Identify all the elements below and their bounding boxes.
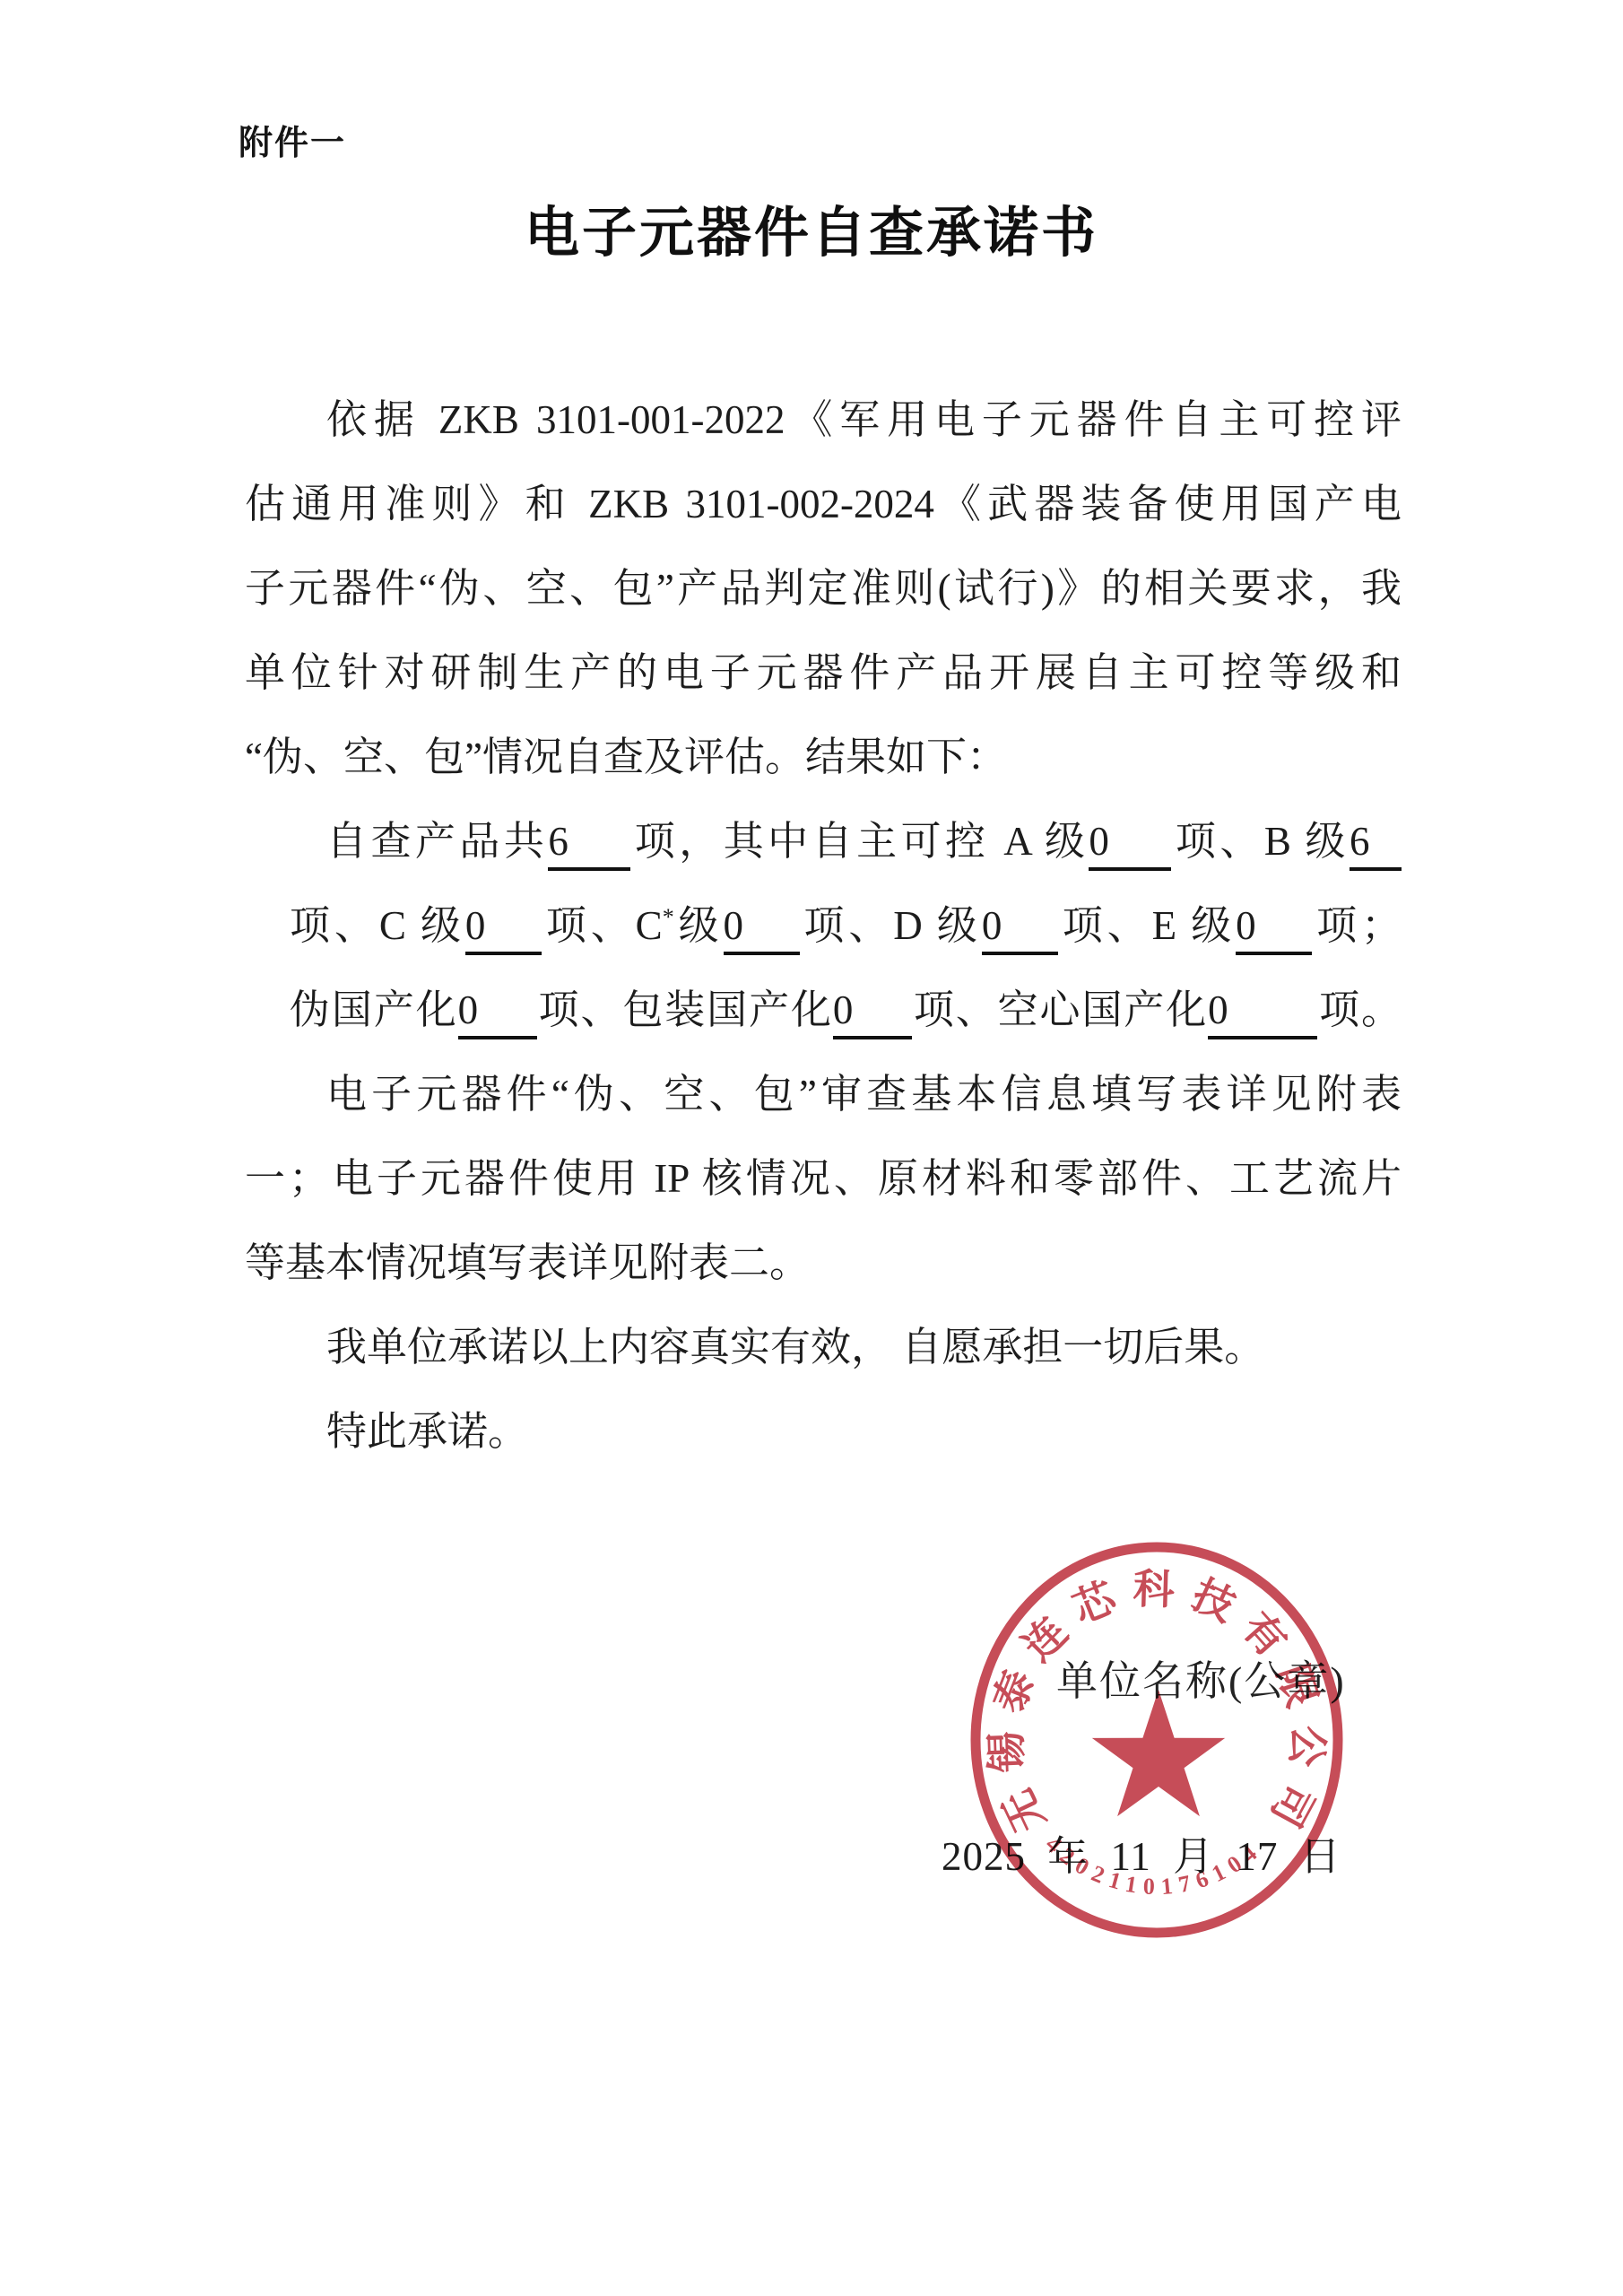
- body-line: 伪国产化0项、包装国产化0项、空心国产化0项。: [245, 968, 1402, 1052]
- body-line: 项、C 级0项、C*级0项、D 级0项、E 级0项；: [245, 883, 1402, 968]
- seal-code-text: 4202110176104: [1041, 1831, 1268, 1900]
- body-line: 自查产品共6项，其中自主可控 A 级0项、B 级6: [245, 799, 1402, 883]
- line-text: 项，其中自主可控 A 级: [630, 819, 1089, 864]
- line-text: 特此承诺。: [326, 1409, 528, 1454]
- fill-in-blank: 6: [548, 815, 630, 871]
- line-text: 项、D 级: [800, 903, 982, 948]
- body-line: 电子元器件“伪、空、包”审查基本信息填写表详见附表: [245, 1052, 1402, 1136]
- page-title: 电子元器件自查承诺书: [0, 201, 1623, 264]
- fill-in-blank: 0: [833, 984, 912, 1039]
- fill-in-blank: 0: [465, 900, 542, 955]
- document-page: 附件一 电子元器件自查承诺书 依据 ZKB 3101-001-2022《军用电子…: [0, 0, 1623, 2296]
- fill-in-blank: 0: [1236, 900, 1312, 955]
- line-text: 估通用准则》和 ZKB 3101-002-2024《武器装备使用国产电: [245, 482, 1402, 526]
- line-text: 项；: [1312, 903, 1402, 948]
- line-text: 电子元器件“伪、空、包”审查基本信息填写表详见附表: [326, 1072, 1402, 1117]
- fill-in-blank: 6: [1350, 815, 1402, 871]
- line-text: 项、包装国产化: [537, 987, 833, 1032]
- line-text: 单位针对研制生产的电子元器件产品开展自主可控等级和: [245, 650, 1402, 695]
- fill-in-blank: 0: [458, 984, 537, 1039]
- seal-star-icon: [1092, 1690, 1225, 1816]
- line-text: 项、空心国产化: [912, 987, 1208, 1032]
- line-text: 级: [674, 903, 724, 948]
- body-line: 一；电子元器件使用 IP 核情况、原材料和零部件、工艺流片: [245, 1136, 1402, 1221]
- body-line: 特此承诺。: [245, 1389, 1402, 1474]
- body-line: 依据 ZKB 3101-001-2022《军用电子元器件自主可控评: [245, 378, 1402, 462]
- fill-in-blank: 0: [1208, 984, 1317, 1039]
- body-line: 我单位承诺以上内容真实有效， 自愿承担一切后果。: [245, 1305, 1402, 1389]
- fill-in-blank: 0: [1089, 815, 1171, 871]
- body-line: 子元器件“伪、空、包”产品判定准则(试行)》的相关要求，我: [245, 546, 1402, 631]
- line-text: 等基本情况填写表详见附表二。: [245, 1240, 810, 1285]
- fill-in-blank: 0: [982, 900, 1058, 955]
- attachment-label: 附件一: [239, 126, 346, 163]
- superscript-asterisk: *: [663, 904, 674, 930]
- company-seal: 无锡泰连芯科技有限公司 4202110176104: [924, 1507, 1390, 1973]
- line-text: 一；电子元器件使用 IP 核情况、原材料和零部件、工艺流片: [245, 1156, 1402, 1201]
- line-text: 项、B 级: [1171, 819, 1350, 864]
- line-text: 项。: [1317, 987, 1402, 1032]
- line-text: 依据 ZKB 3101-001-2022《军用电子元器件自主可控评: [326, 397, 1402, 442]
- line-text: “伪、空、包”情况自查及评估。结果如下：: [245, 735, 1007, 779]
- line-text: 项、C: [542, 903, 663, 948]
- line-text: 伪国产化: [290, 987, 458, 1032]
- body-line: 单位针对研制生产的电子元器件产品开展自主可控等级和: [245, 631, 1402, 715]
- fill-in-blank: 0: [724, 900, 800, 955]
- line-text: 我单位承诺以上内容真实有效， 自愿承担一切后果。: [326, 1325, 1264, 1370]
- line-text: 项、C 级: [290, 903, 465, 948]
- line-text: 自查产品共: [326, 819, 548, 864]
- document-body: 依据 ZKB 3101-001-2022《军用电子元器件自主可控评估通用准则》和…: [245, 378, 1402, 1474]
- body-line: 等基本情况填写表详见附表二。: [245, 1221, 1402, 1305]
- line-text: 子元器件“伪、空、包”产品判定准则(试行)》的相关要求，我: [245, 566, 1402, 611]
- body-line: 估通用准则》和 ZKB 3101-002-2024《武器装备使用国产电: [245, 462, 1402, 546]
- body-line: “伪、空、包”情况自查及评估。结果如下：: [245, 715, 1402, 799]
- line-text: 项、E 级: [1058, 903, 1236, 948]
